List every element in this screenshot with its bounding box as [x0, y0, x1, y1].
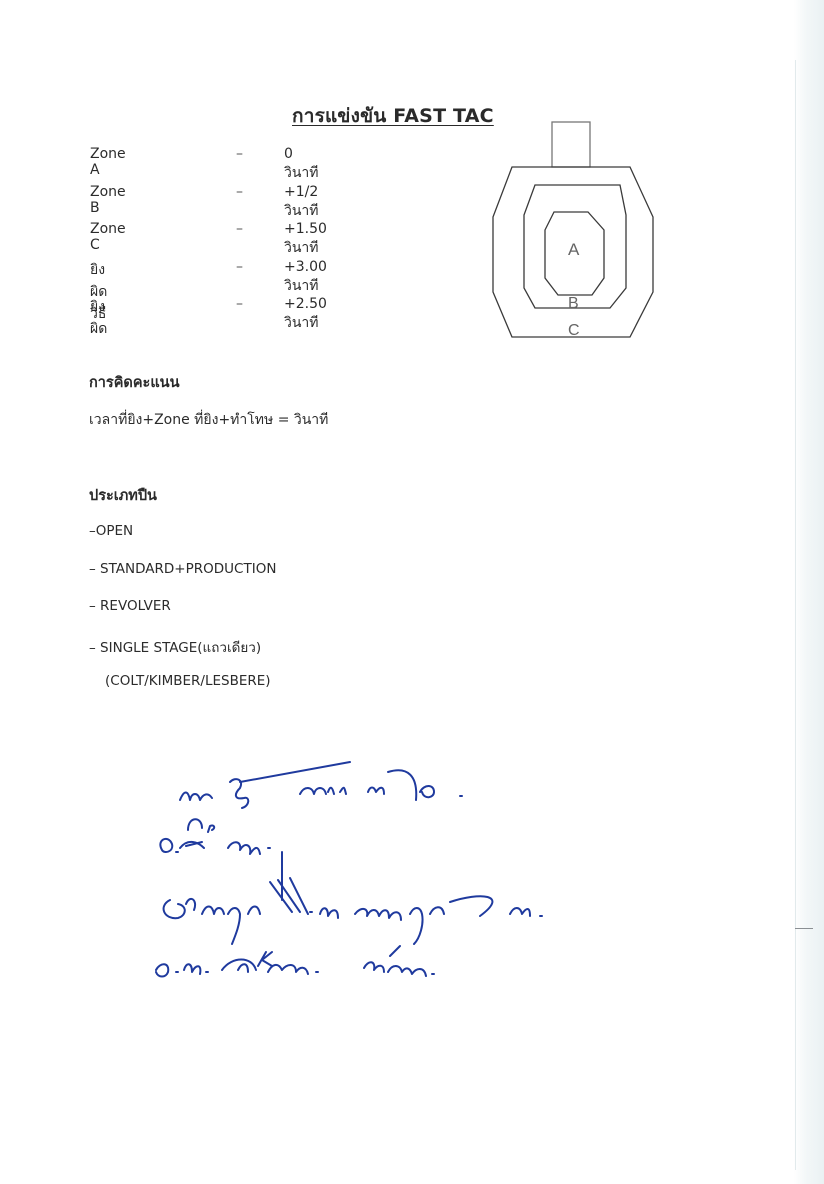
- handwriting-line-3: [164, 878, 542, 944]
- handwriting-line-2: [160, 819, 270, 854]
- rule-separator: –: [236, 296, 243, 312]
- handwriting-line-4: [156, 946, 434, 977]
- rule-separator: –: [236, 259, 243, 275]
- scan-edge-shadow: [794, 0, 824, 1184]
- gun-type-item: – STANDARD+PRODUCTION: [89, 561, 276, 599]
- scan-edge-line: [795, 60, 796, 1170]
- gun-type-item: – SINGLE STAGE(แถวเดียว): [89, 636, 276, 674]
- rule-label: ยิงผิด: [90, 296, 107, 340]
- rule-label: Zone A: [90, 146, 126, 178]
- target-label-b: B: [568, 295, 579, 312]
- target-label-a: A: [568, 240, 580, 259]
- rule-separator: –: [236, 221, 243, 237]
- scan-edge-mark: [795, 928, 813, 929]
- rule-value: 0 วินาที: [284, 146, 319, 184]
- document-title: การแข่งขัน FAST TAC: [292, 101, 494, 131]
- scoring-formula: เวลาที่ยิง+Zone ที่ยิง+ทำโทษ = วินาที: [89, 409, 328, 431]
- handwritten-note: [150, 752, 620, 1002]
- gun-types-heading: ประเภทปืน: [89, 484, 157, 507]
- gun-type-sub-note: (COLT/KIMBER/LESBERE): [89, 673, 276, 711]
- target-label-c: C: [568, 322, 580, 339]
- rule-label: Zone C: [90, 221, 126, 253]
- rule-value: +1/2 วินาที: [284, 184, 319, 222]
- target-diagram: A B C: [490, 120, 660, 342]
- rule-value: +1.50 วินาที: [284, 221, 327, 259]
- rule-separator: –: [236, 146, 243, 162]
- target-head: [552, 122, 590, 167]
- gun-types-list: –OPEN – STANDARD+PRODUCTION – REVOLVER –…: [89, 523, 276, 711]
- scoring-heading: การคิดคะแนน: [89, 371, 179, 394]
- rule-separator: –: [236, 184, 243, 200]
- rule-label: Zone B: [90, 184, 126, 216]
- rule-value: +3.00 วินาที: [284, 259, 327, 297]
- gun-type-item: –OPEN: [89, 523, 276, 561]
- gun-type-item: – REVOLVER: [89, 598, 276, 636]
- handwriting-line-1: [180, 762, 462, 808]
- rule-value: +2.50 วินาที: [284, 296, 327, 334]
